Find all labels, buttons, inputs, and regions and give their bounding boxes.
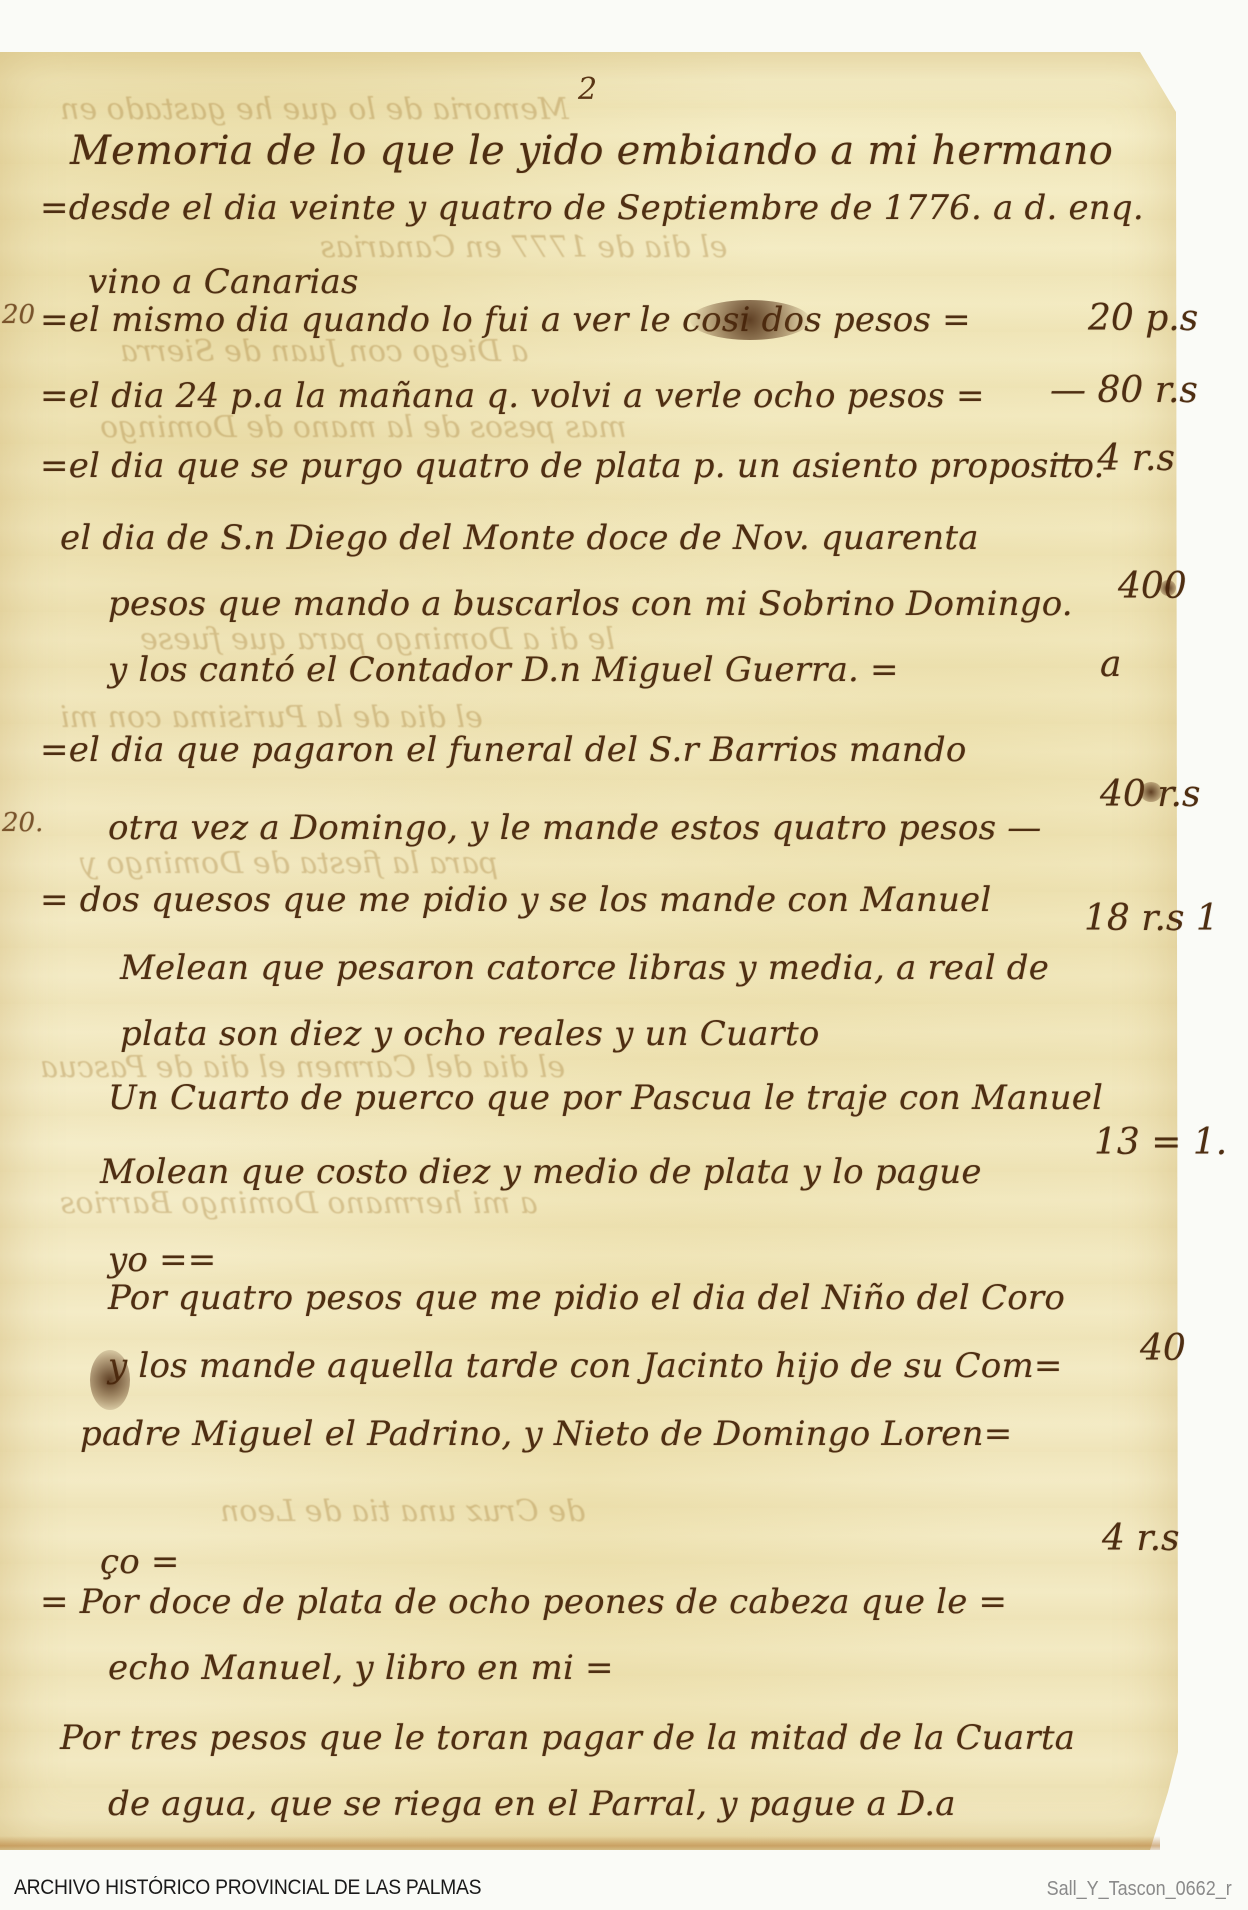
ink-blot: [1160, 580, 1176, 596]
ink-blot: [90, 1350, 130, 1410]
manuscript-line: el dia de S.n Diego del Monte doce de No…: [60, 518, 979, 558]
margin-amount: 13 = 1.: [1094, 1122, 1227, 1163]
manuscript-line: =el mismo dia quando lo fui a ver le cos…: [40, 300, 971, 340]
margin-amount: — 80 r.s: [1050, 370, 1198, 411]
manuscript-line: y los mande aquella tarde con Jacinto hi…: [108, 1346, 1063, 1386]
ink-blot: [690, 300, 810, 340]
manuscript-line: Un Cuarto de puerco que por Pascua le tr…: [108, 1078, 1103, 1118]
manuscript-line: vino a Canarias: [88, 262, 359, 302]
margin-amount: 40: [1140, 1328, 1186, 1369]
left-margin-note: 20.: [2, 808, 43, 838]
ink-blot: [1140, 782, 1162, 802]
manuscript-line: = dos quesos que me pidio y se los mande…: [40, 880, 991, 920]
manuscript-line: pesos que mando a buscarlos con mi Sobri…: [108, 584, 1073, 624]
margin-amount: 400: [1118, 566, 1187, 607]
margin-amount: 20 p.s: [1088, 298, 1198, 339]
margin-amount: 18 r.s 1: [1084, 898, 1219, 939]
page-number: 2: [578, 72, 597, 107]
left-margin-note: 20: [2, 300, 35, 330]
manuscript-line: =desde el dia veinte y quatro de Septiem…: [40, 188, 1144, 228]
manuscript-line: Por tres pesos que le toran pagar de la …: [60, 1718, 1075, 1758]
manuscript-line: padre Miguel el Padrino, y Nieto de Domi…: [80, 1414, 1012, 1454]
manuscript-line: =el dia que pagaron el funeral del S.r B…: [40, 730, 967, 770]
manuscript-line: ço =: [100, 1542, 180, 1582]
manuscript-title: Memoria de lo que le yido embiando a mi …: [70, 128, 1113, 174]
manuscript-line: = Por doce de plata de ocho peones de ca…: [40, 1582, 1007, 1622]
margin-amount: 4 r.s: [1102, 1518, 1180, 1559]
manuscript-line: de agua, que se riega en el Parral, y pa…: [108, 1784, 956, 1824]
manuscript-line: =el dia 24 p.a la mañana q. volvi a verl…: [40, 376, 985, 416]
margin-amount: a: [1100, 644, 1121, 685]
manuscript-line: Melean que pesaron catorce libras y medi…: [120, 948, 1049, 988]
margin-amount: — 4 r.s: [1050, 438, 1175, 479]
paper-bottom-edge-stain: [0, 1836, 1160, 1850]
archive-name-label: ARCHIVO HISTÓRICO PROVINCIAL DE LAS PALM…: [14, 1876, 481, 1900]
manuscript-line: otra vez a Domingo, y le mande estos qua…: [108, 808, 1041, 848]
manuscript-line: yo ==: [108, 1240, 216, 1280]
document-reference-label: Sall_Y_Tascon_0662_r: [1047, 1878, 1232, 1901]
manuscript-line: plata son diez y ocho reales y un Cuarto: [120, 1014, 820, 1054]
manuscript-line: Molean que costo diez y medio de plata y…: [100, 1152, 982, 1192]
manuscript-line: =el dia que se purgo quatro de plata p. …: [40, 446, 1105, 486]
manuscript-line: echo Manuel, y libro en mi =: [108, 1648, 614, 1688]
manuscript-line: Por quatro pesos que me pidio el dia del…: [108, 1278, 1065, 1318]
manuscript-line: y los cantó el Contador D.n Miguel Guerr…: [108, 650, 899, 690]
